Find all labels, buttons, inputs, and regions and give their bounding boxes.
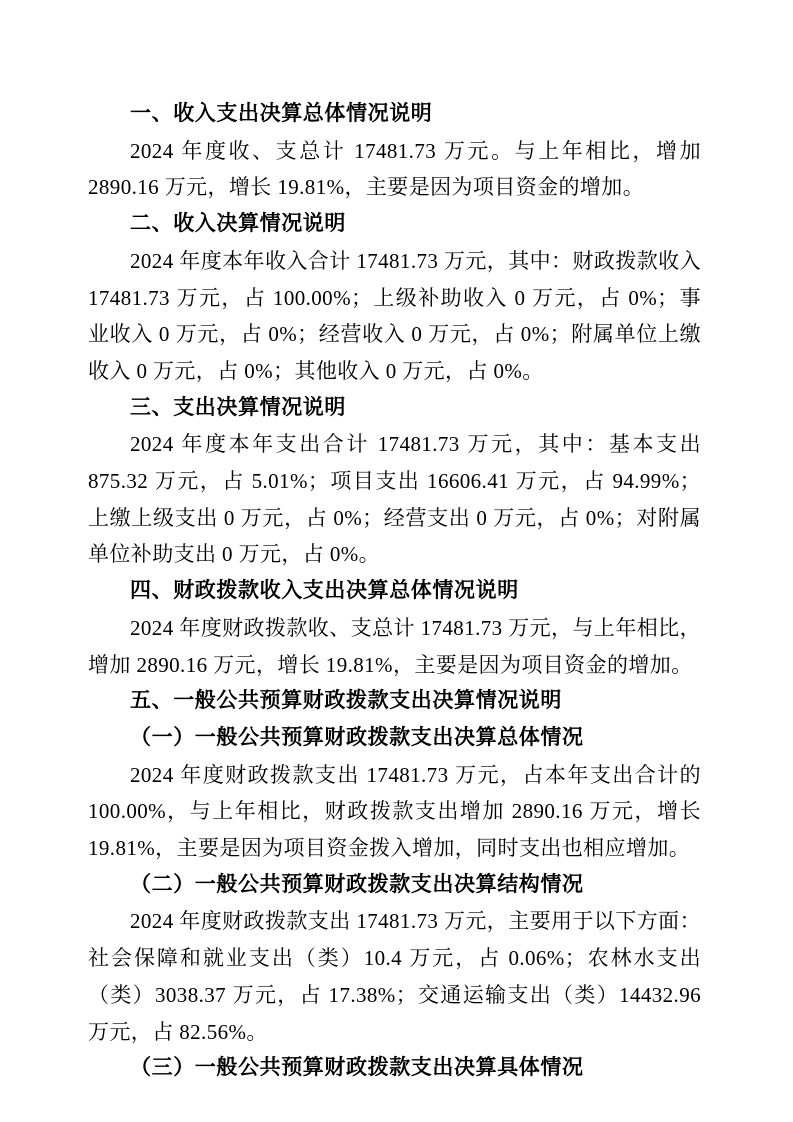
section-4-paragraph: 2024 年度财政拨款收、支总计 17481.73 万元，与上年相比，增加 28…: [88, 610, 701, 683]
section-5-sub-3-heading: （三）一般公共预算财政拨款支出决算具体情况: [88, 1050, 701, 1087]
section-3-paragraph: 2024 年度本年支出合计 17481.73 万元，其中：基本支出 875.32…: [88, 426, 701, 573]
section-1-heading: 一、收入支出决算总体情况说明: [88, 96, 701, 133]
section-2-heading: 二、收入决算情况说明: [88, 206, 701, 243]
section-1-paragraph: 2024 年度收、支总计 17481.73 万元。与上年相比，增加 2890.1…: [88, 133, 701, 206]
section-5-heading: 五、一般公共预算财政拨款支出决算情况说明: [88, 683, 701, 720]
section-4-heading: 四、财政拨款收入支出决算总体情况说明: [88, 573, 701, 610]
section-5-sub-2-heading: （二）一般公共预算财政拨款支出决算结构情况: [88, 867, 701, 904]
document-page: 一、收入支出决算总体情况说明 2024 年度收、支总计 17481.73 万元。…: [0, 0, 793, 1122]
report-body: 一、收入支出决算总体情况说明 2024 年度收、支总计 17481.73 万元。…: [88, 96, 701, 1087]
section-3-heading: 三、支出决算情况说明: [88, 390, 701, 427]
section-5-sub-1-heading: （一）一般公共预算财政拨款支出决算总体情况: [88, 720, 701, 757]
section-2-paragraph: 2024 年度本年收入合计 17481.73 万元，其中：财政拨款收入 1748…: [88, 243, 701, 390]
section-5-sub-1-paragraph: 2024 年度财政拨款支出 17481.73 万元，占本年支出合计的 100.0…: [88, 757, 701, 867]
section-5-sub-2-paragraph: 2024 年度财政拨款支出 17481.73 万元，主要用于以下方面：社会保障和…: [88, 903, 701, 1050]
